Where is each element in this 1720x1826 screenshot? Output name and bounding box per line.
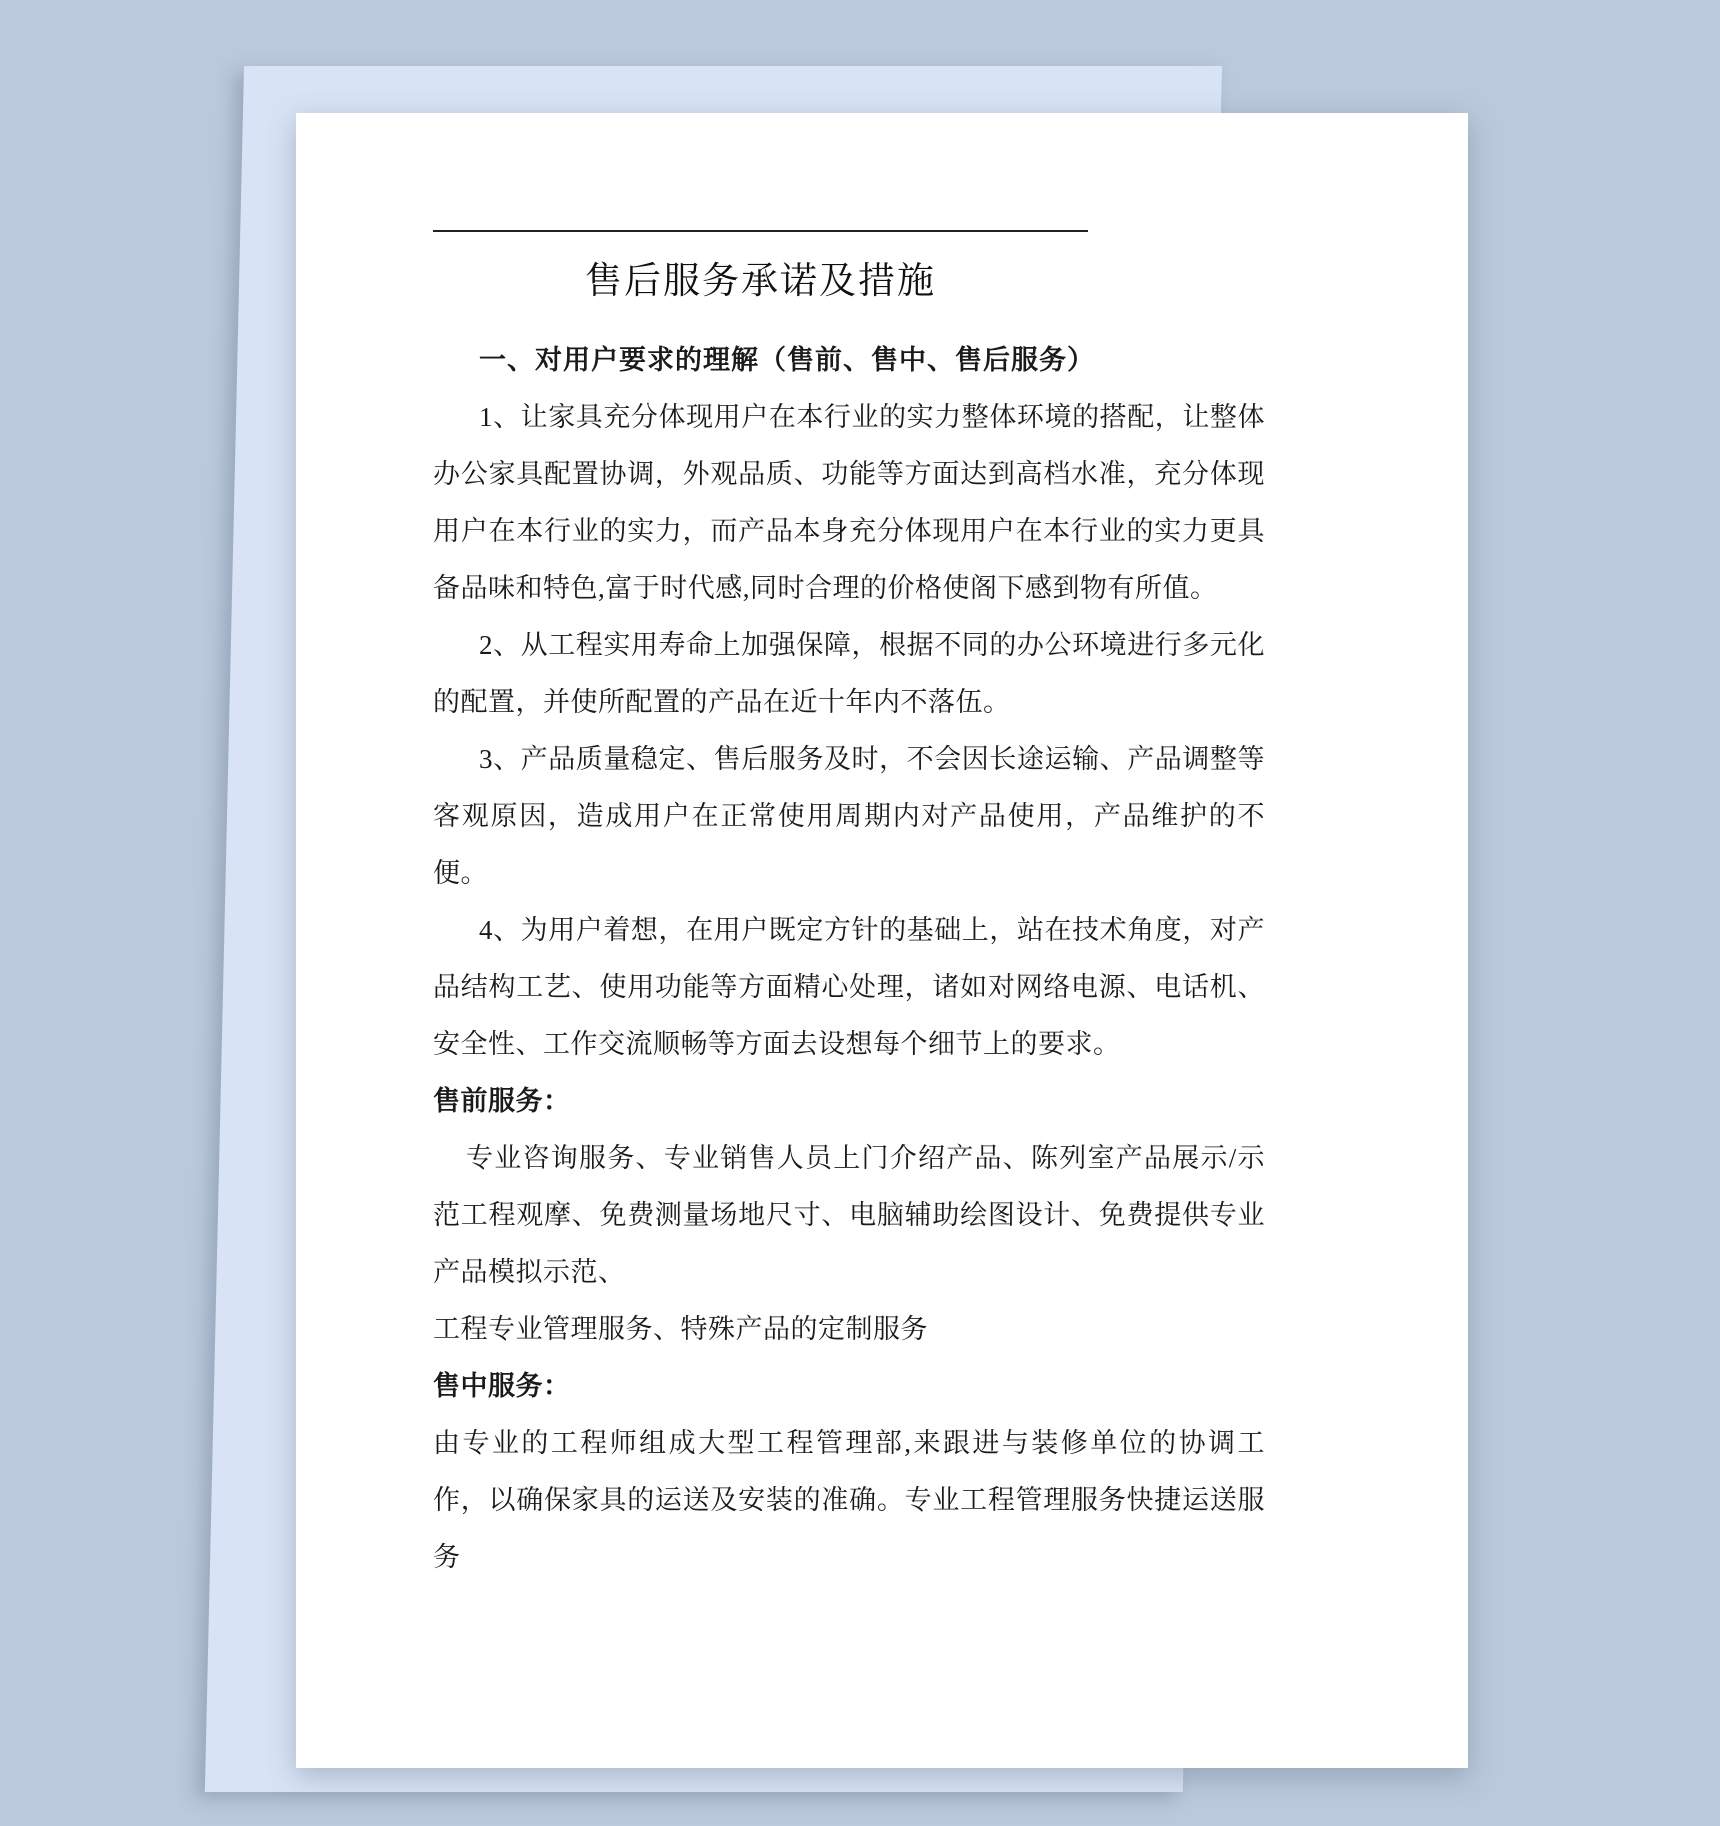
section-heading: 一、对用户要求的理解（售前、售中、售后服务）: [433, 332, 1265, 389]
presale-paragraph-2: 工程专业管理服务、特殊产品的定制服务: [433, 1301, 1265, 1358]
document-body: 1、让家具充分体现用户在本行业的实力整体环境的搭配，让整体办公家具配置协调，外观…: [433, 389, 1265, 1586]
midsale-service-header: 售中服务：: [433, 1358, 1265, 1415]
presale-paragraph-1: 专业咨询服务、专业销售人员上门介绍产品、陈列室产品展示/示范工程观摩、免费测量场…: [433, 1130, 1265, 1301]
page-title: 售后服务承诺及措施: [433, 250, 1088, 304]
paragraph-4: 4、为用户着想，在用户既定方针的基础上，站在技术角度，对产品结构工艺、使用功能等…: [433, 902, 1265, 1073]
presale-service-header: 售前服务：: [433, 1073, 1265, 1130]
paragraph-2: 2、从工程实用寿命上加强保障，根据不同的办公环境进行多元化的配置，并使所配置的产…: [433, 617, 1265, 731]
midsale-paragraph: 由专业的工程师组成大型工程管理部,来跟进与装修单位的协调工作，以确保家具的运送及…: [433, 1415, 1265, 1586]
document-preview: 售后服务承诺及措施 一、对用户要求的理解（售前、售中、售后服务） 1、让家具充分…: [0, 0, 1720, 1826]
paragraph-3: 3、产品质量稳定、售后服务及时，不会因长途运输、产品调整等客观原因，造成用户在正…: [433, 731, 1265, 902]
paragraph-1: 1、让家具充分体现用户在本行业的实力整体环境的搭配，让整体办公家具配置协调，外观…: [433, 389, 1265, 617]
page-content: 售后服务承诺及措施 一、对用户要求的理解（售前、售中、售后服务） 1、让家具充分…: [433, 113, 1265, 1586]
document-page: 售后服务承诺及措施 一、对用户要求的理解（售前、售中、售后服务） 1、让家具充分…: [296, 113, 1468, 1768]
header-divider-line: [433, 230, 1088, 232]
